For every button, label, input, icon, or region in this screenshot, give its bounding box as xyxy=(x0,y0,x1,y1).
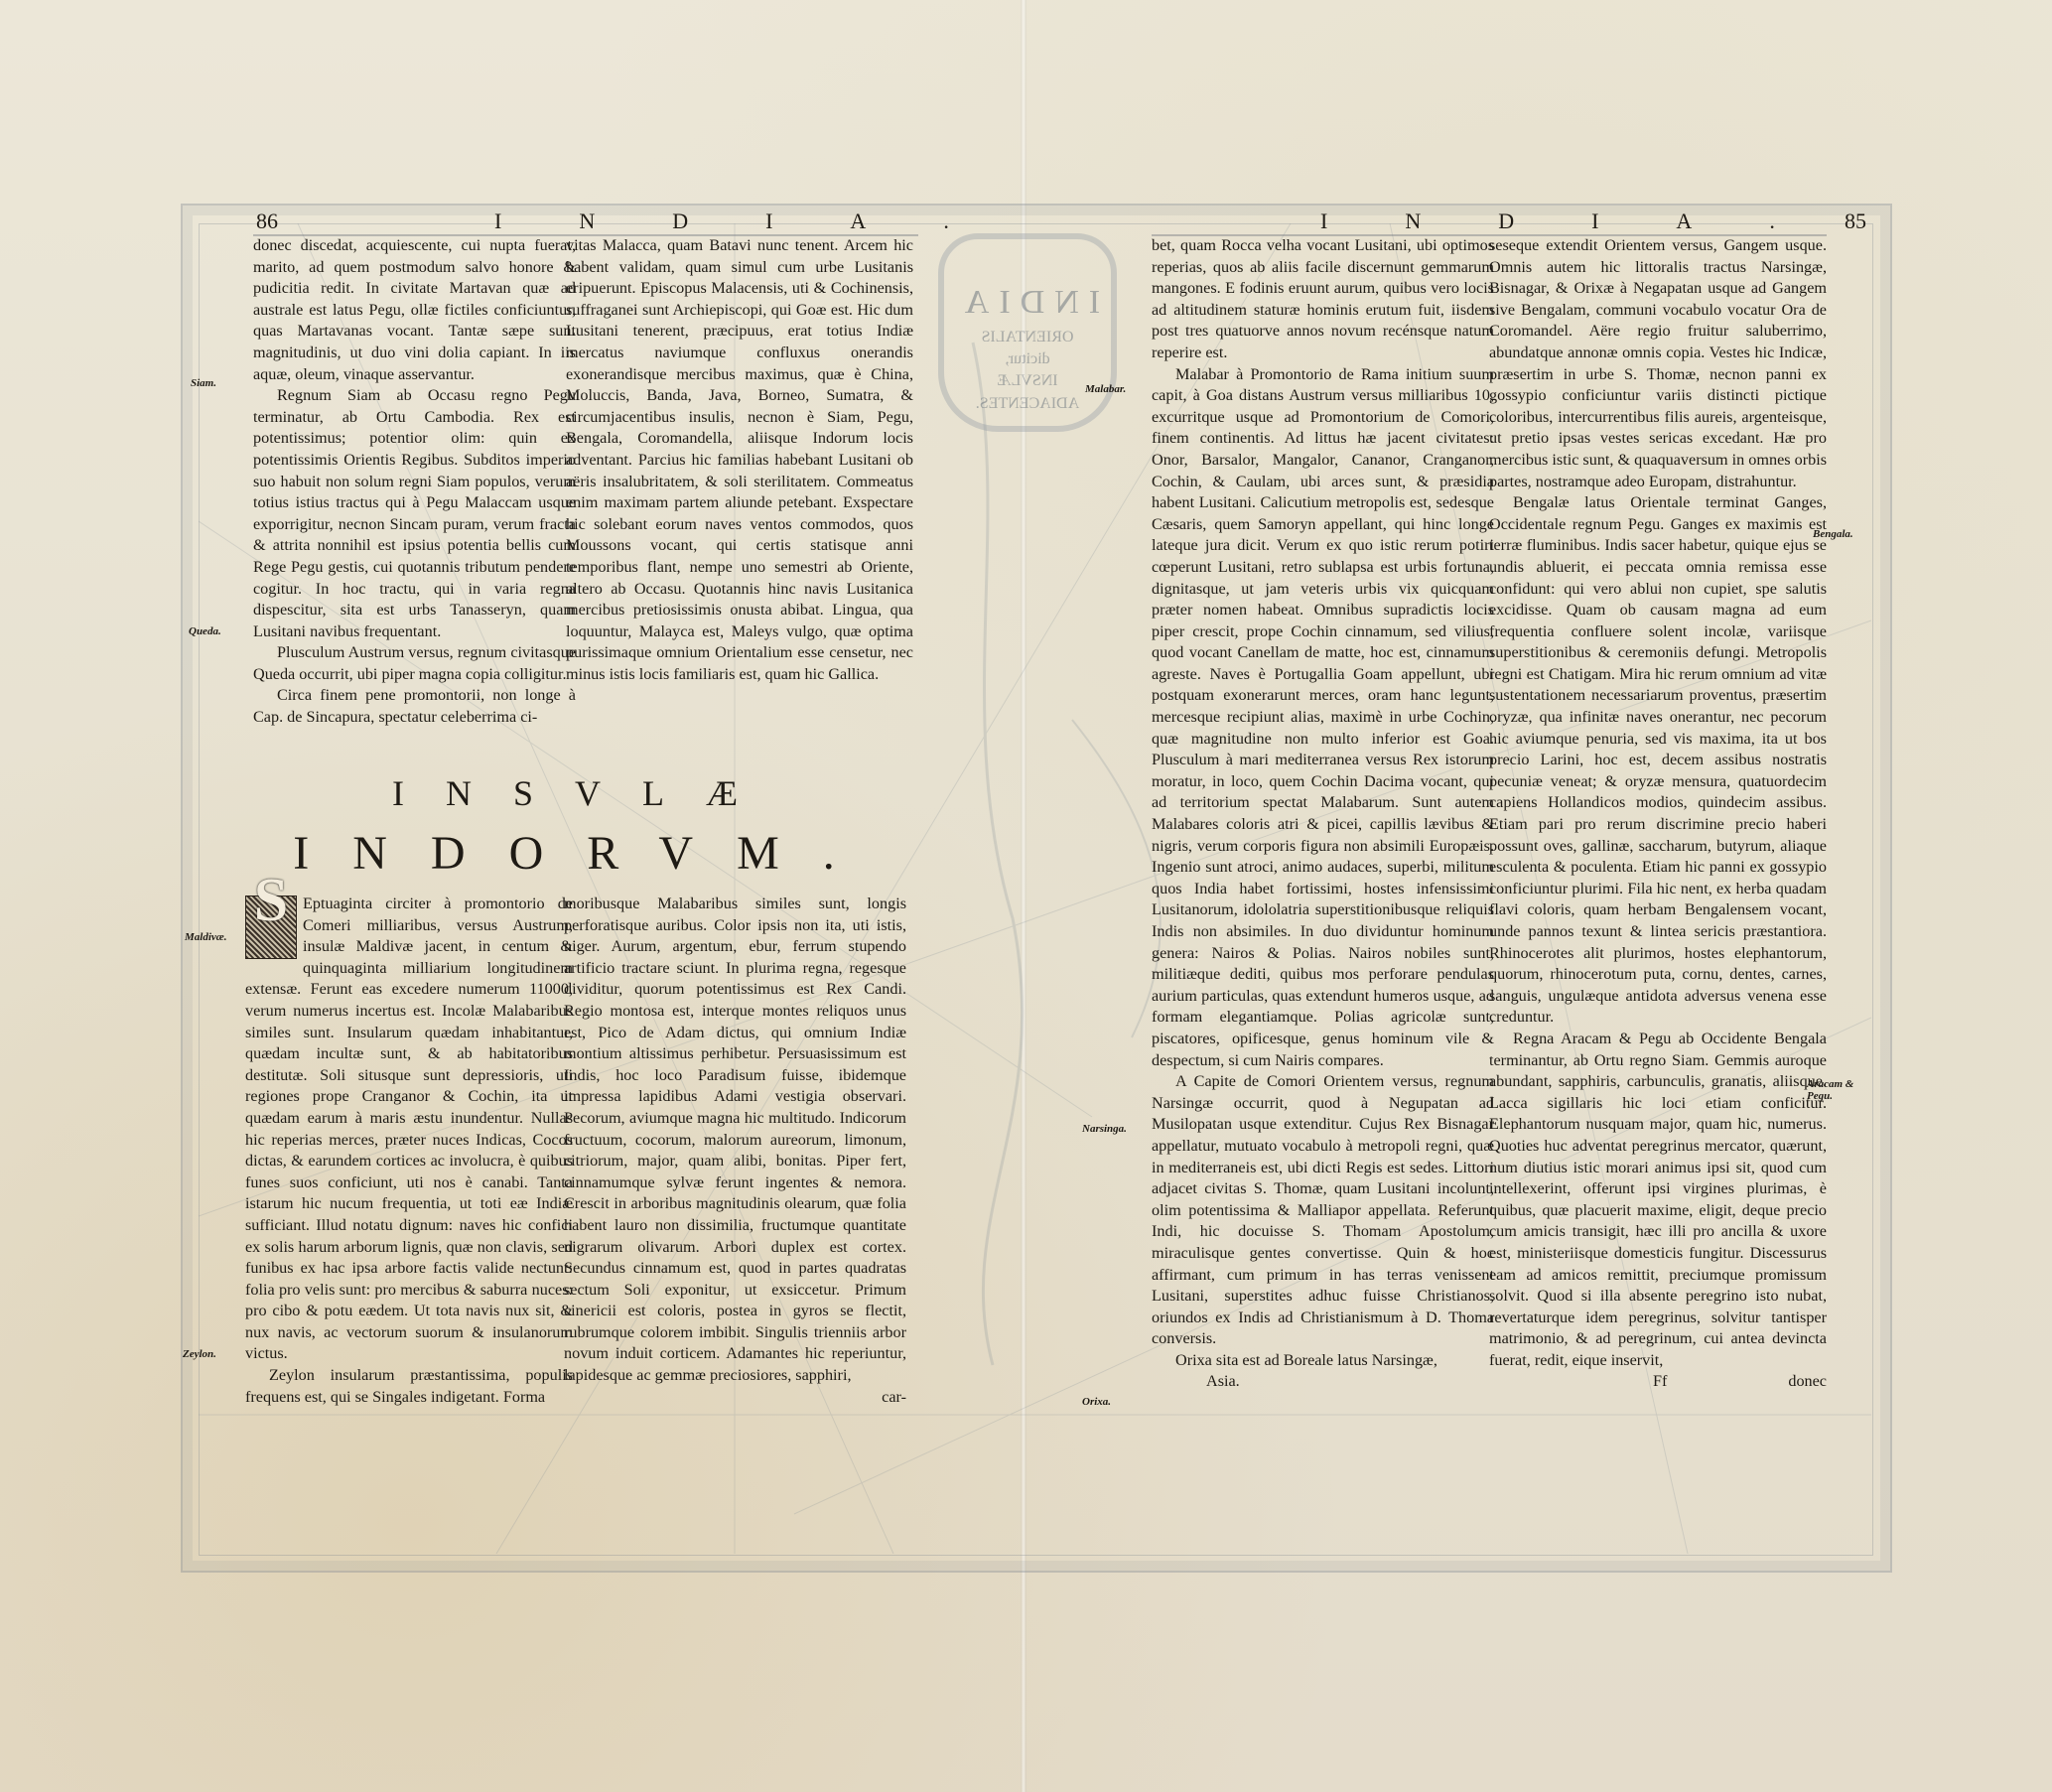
cartouche-line: ADIACENTES. xyxy=(944,393,1111,415)
cartouche-line: ORIENTALIS xyxy=(944,327,1111,348)
paragraph: moribusque Malabaribus similes sunt, lon… xyxy=(564,894,906,1387)
margin-note-aracam-pegu: Aracam & Pegu. xyxy=(1807,1078,1866,1102)
left-column-2-top: vitas Malacca, quam Batavi nunc tenent. … xyxy=(566,235,913,685)
show-through-cartouche: INDIA ORIENTALIS dicitur, INSVLÆ ADIACEN… xyxy=(938,233,1117,432)
paragraph: vitas Malacca, quam Batavi nunc tenent. … xyxy=(566,235,913,685)
catchword: car- xyxy=(564,1387,906,1409)
margin-note-zeylon: Zeylon. xyxy=(183,1348,216,1360)
left-column-1-bottom: SEptuaginta circiter à promontorio de Co… xyxy=(245,894,573,1408)
paragraph-text: Eptuaginta circiter à promontorio de Com… xyxy=(245,895,573,1362)
signature-mark: Ff xyxy=(1653,1371,1667,1393)
paragraph: donec discedat, acquiescente, cui nupta … xyxy=(253,235,576,385)
initial-letter: S xyxy=(246,891,296,912)
left-page-number: 86 xyxy=(256,208,278,234)
margin-note-maldivae: Maldivæ. xyxy=(185,931,226,943)
signature-asia: Asia. xyxy=(1152,1371,1494,1393)
margin-note-siam: Siam. xyxy=(191,377,216,389)
section-title-line1: INSVLÆ xyxy=(258,772,913,814)
paragraph-malabar: Malabar à Promontorio de Rama initium su… xyxy=(1152,364,1494,1072)
paragraph-siam: Regnum Siam ab Occasu regno Pegu termina… xyxy=(253,385,576,642)
margin-note-bengala: Bengala. xyxy=(1813,528,1853,540)
left-column-2-bottom: moribusque Malabaribus similes sunt, lon… xyxy=(564,894,906,1408)
right-column-1: bet, quam Rocca velha vocant Lusitani, u… xyxy=(1152,235,1494,1393)
right-running-title: INDIA. xyxy=(1320,208,1852,234)
paragraph-zeylon: Zeylon insularum præstantissima, populis… xyxy=(245,1365,573,1408)
margin-note-queda: Queda. xyxy=(189,625,221,637)
right-page-number: 85 xyxy=(1845,208,1866,234)
margin-note-narsinga: Narsinga. xyxy=(1082,1123,1127,1135)
paragraph-aracam: Regna Aracam & Pegu ab Occidente Bengala… xyxy=(1489,1029,1827,1372)
paragraph-malacca: Circa finem pene promontorii, non longe … xyxy=(253,685,576,728)
paragraph-bengala: Bengalæ latus Orientale terminat Ganges,… xyxy=(1489,492,1827,1029)
left-column-1-top: donec discedat, acquiescente, cui nupta … xyxy=(253,235,576,729)
right-column-2: seseque extendit Orientem versus, Gangem… xyxy=(1489,235,1827,1393)
paragraph-queda: Plusculum Austrum versus, regnum civitas… xyxy=(253,642,576,685)
cartouche-title: INDIA xyxy=(944,279,1111,327)
margin-note-orixa: Orixa. xyxy=(1082,1396,1111,1408)
paragraph-narsinga: A Capite de Comori Orientem versus, regn… xyxy=(1152,1071,1494,1350)
paragraph: bet, quam Rocca velha vocant Lusitani, u… xyxy=(1152,235,1494,364)
paragraph: seseque extendit Orientem versus, Gangem… xyxy=(1489,235,1827,492)
decorated-initial: S xyxy=(245,896,297,959)
left-running-title: INDIA. xyxy=(494,208,1026,234)
margin-note-malabar: Malabar. xyxy=(1085,383,1126,395)
section-title-line2: INDORVM. xyxy=(258,826,913,881)
paragraph-orixa: Orixa sita est ad Boreale latus Narsingæ… xyxy=(1152,1350,1494,1372)
footer-line: Ff donec xyxy=(1489,1371,1827,1393)
cartouche-line: dicitur, xyxy=(944,348,1111,370)
catchword: donec xyxy=(1788,1371,1827,1393)
paragraph-maldivae: SEptuaginta circiter à promontorio de Co… xyxy=(245,894,573,1365)
